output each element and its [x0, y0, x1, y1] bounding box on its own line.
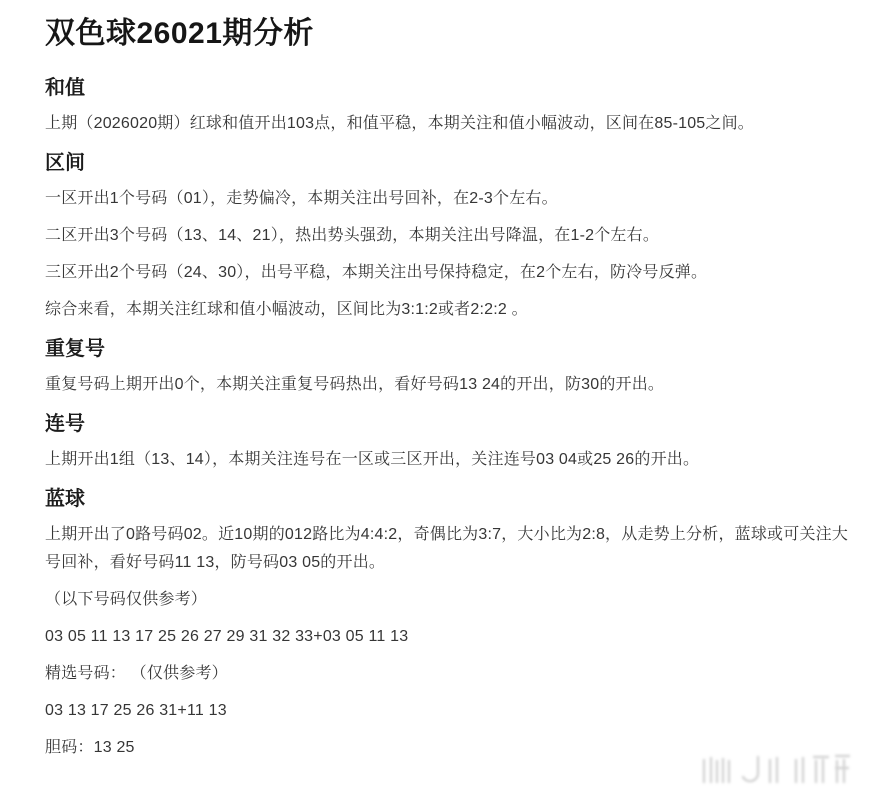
section-heading-consecutive-numbers: 连号	[45, 411, 856, 437]
paragraph-key-numbers: 胆码：13 25	[45, 734, 856, 762]
article: 双色球26021期分析 和值 上期（2026020期）红球和值开出103点，和值…	[0, 0, 878, 804]
section-heading-blue-ball: 蓝球	[45, 486, 856, 512]
paragraph-sum-value: 上期（2026020期）红球和值开出103点，和值平稳，本期关注和值小幅波动，区…	[45, 110, 856, 138]
paragraph-zone-3: 三区开出2个号码（24、30），出号平稳，本期关注出号保持稳定，在2个左右，防冷…	[45, 259, 856, 287]
paragraph-recommended-numbers: 03 05 11 13 17 25 26 27 29 31 32 33+03 0…	[45, 623, 856, 651]
paragraph-repeat-numbers: 重复号码上期开出0个，本期关注重复号码热出，看好号码13 24的开出，防30的开…	[45, 371, 856, 399]
paragraph-zone-summary: 综合来看，本期关注红球和值小幅波动，区间比为3:1:2或者2:2:2 。	[45, 296, 856, 324]
paragraph-zone-1: 一区开出1个号码（01），走势偏冷，本期关注出号回补，在2-3个左右。	[45, 185, 856, 213]
paragraph-consecutive-numbers: 上期开出1组（13、14），本期关注连号在一区或三区开出，关注连号03 04或2…	[45, 446, 856, 474]
section-heading-zones: 区间	[45, 150, 856, 176]
section-heading-sum-value: 和值	[45, 75, 856, 101]
page-title: 双色球26021期分析	[45, 15, 856, 53]
section-heading-repeat-numbers: 重复号	[45, 336, 856, 362]
paragraph-zone-2: 二区开出3个号码（13、14、21），热出势头强劲，本期关注出号降温，在1-2个…	[45, 222, 856, 250]
paragraph-reference-note: （以下号码仅供参考）	[45, 586, 856, 614]
paragraph-selected-numbers-label: 精选号码： （仅供参考）	[45, 660, 856, 688]
paragraph-blue-ball-analysis: 上期开出了0路号码02。近10期的012路比为4:4:2，奇偶比为3:7，大小比…	[45, 521, 856, 577]
paragraph-selected-numbers: 03 13 17 25 26 31+11 13	[45, 697, 856, 725]
